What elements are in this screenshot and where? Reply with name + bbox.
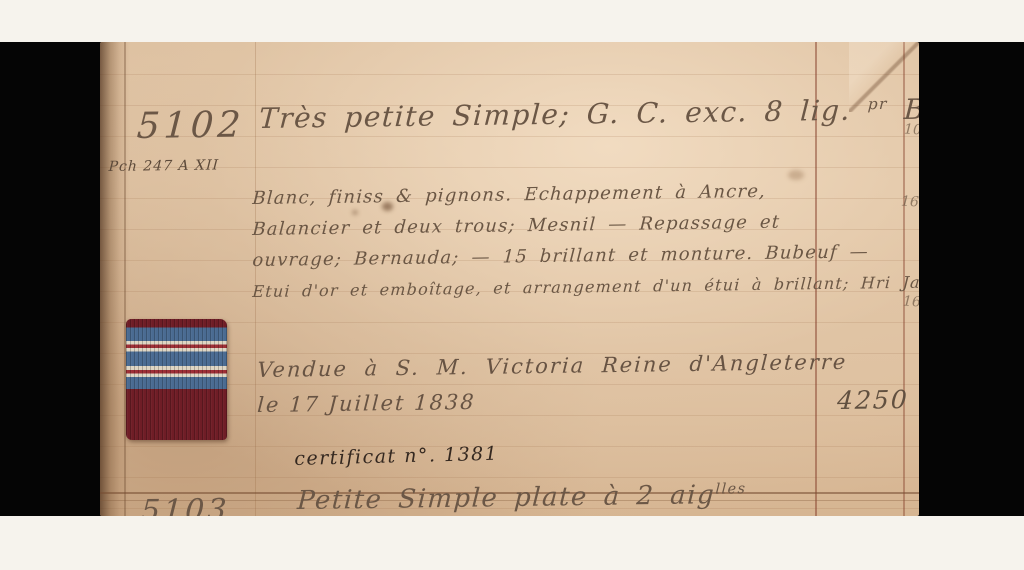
ledger-page-photo: 5102 Pch 247 A XII Très petite Simple; G…	[100, 42, 919, 516]
entry-title-superscript: pr	[867, 95, 888, 113]
margin-number: 10	[904, 122, 919, 139]
price-value: 4250	[836, 385, 909, 415]
viewer-background-top	[0, 0, 1024, 42]
ribbon-rib-texture	[126, 319, 227, 440]
next-entry-partial-text: Petite Simple plate à 2 aiglles	[296, 480, 747, 516]
margin-number: 16	[901, 194, 919, 211]
next-entry-number: 5103	[140, 493, 230, 516]
ink-stain	[352, 210, 358, 215]
viewer-background-bottom	[0, 516, 1024, 570]
binding-crease	[124, 42, 126, 516]
ribbon-swatch	[126, 319, 227, 440]
next-entry-text: Petite Simple plate à 2 aig	[296, 480, 716, 516]
entry-number: 5102	[136, 104, 246, 147]
column-line-left	[255, 42, 256, 516]
margin-number: 16	[903, 294, 919, 311]
sale-note-line2: le 17 Juillet 1838	[257, 390, 477, 417]
entry-reference: Pch 247 A XII	[108, 157, 219, 175]
ink-stain	[788, 170, 804, 180]
next-entry-superscript: lles	[715, 481, 747, 497]
photo-black-background: 5102 Pch 247 A XII Très petite Simple; G…	[0, 42, 1024, 516]
